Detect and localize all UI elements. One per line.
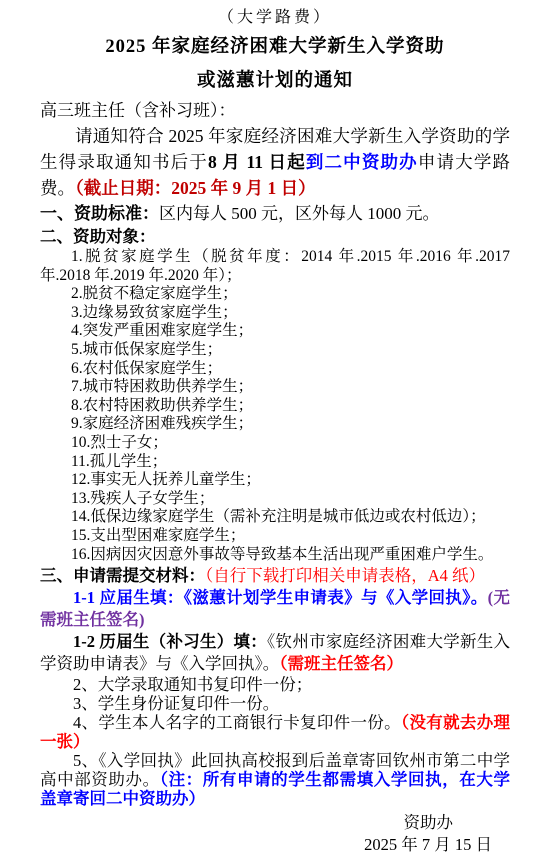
section3-heading: 三、申请需提交材料： [40, 566, 205, 585]
signer-line: 资助办 [40, 812, 510, 834]
greeting-line: 高三班主任（含补习班）： [40, 98, 510, 123]
section3-heading-note: （自行下载打印相关申请表格，A4 纸） [205, 566, 485, 585]
item-4-text: 4、学生本人名字的工商银行卡复印件一份。 [73, 713, 401, 732]
recipient-item-16: 16.因病因灾因意外事故等导致基本生活出现严重困难户学生。 [40, 546, 510, 565]
notice-title-line2: 或滋蕙计划的通知 [40, 64, 510, 98]
recipient-item-3: 3.边缘易致贫家庭学生； [40, 304, 510, 323]
item-1-2-label: 1-2 历届生（补习生）填： [73, 632, 267, 651]
intro-start-date: 8 月 11 日起 [208, 152, 306, 172]
material-item-5: 5、《入学回执》此回执高校报到后盖章寄回钦州市第二中学高中部资助办。（注：所有申… [40, 751, 510, 808]
recipient-item-10: 10.烈士子女； [40, 434, 510, 453]
recipient-item-4: 4.突发严重困难家庭学生； [40, 322, 510, 341]
recipient-item-11: 11.孤儿学生； [40, 453, 510, 472]
recipient-item-14: 14.低保边缘家庭学生（需补充注明是城市低边或农村低边）； [40, 508, 510, 527]
intro-paragraph: 请通知符合 2025 年家庭经济困难大学新生入学资助的学生得录取通知书后于8 月… [40, 123, 510, 201]
recipient-item-1: 1.脱贫家庭学生（脱贫年度：2014 年.2015 年.2016 年.2017 … [40, 248, 510, 285]
section1-label: 一、资助标准： [40, 204, 159, 223]
intro-deadline: （截止日期：2025 年 9 月 1 日） [75, 178, 316, 198]
notice-title-line1: 2025 年家庭经济困难大学新生入学资助 [40, 30, 510, 64]
material-item-4: 4、学生本人名字的工商银行卡复印件一份。（没有就去办理一张） [40, 713, 510, 751]
material-item-3: 3、学生身份证复印件一份。 [40, 694, 510, 713]
recipient-item-6: 6.农村低保家庭学生； [40, 360, 510, 379]
intro-office-highlight: 到二中资助办 [306, 152, 418, 172]
document-page: （大学路费） 2025 年家庭经济困难大学新生入学资助 或滋蕙计划的通知 高三班… [0, 0, 550, 856]
recipient-item-7: 7.城市特困救助供养学生； [40, 378, 510, 397]
recipient-item-12: 12.事实无人抚养儿童学生； [40, 471, 510, 490]
recipient-item-5: 5.城市低保家庭学生； [40, 341, 510, 360]
item-1-2-note: （需班主任签名） [279, 654, 403, 673]
section1-standard-line: 一、资助标准：区内每人 500 元，区外每人 1000 元。 [40, 201, 510, 226]
recipient-item-15: 15.支出型困难家庭学生； [40, 527, 510, 546]
date-line: 2025 年 7 月 15 日 [40, 834, 510, 856]
item-1-1-main: 1-1 应届生填：《滋蕙计划学生申请表》与《入学回执》。 [73, 588, 488, 607]
section1-text: 区内每人 500 元，区外每人 1000 元。 [159, 204, 440, 223]
recipient-item-13: 13.残疾人子女学生； [40, 490, 510, 509]
recipient-item-8: 8.农村特困救助供养学生； [40, 397, 510, 416]
section2-heading: 二、资助对象： [40, 226, 510, 248]
section3-heading-line: 三、申请需提交材料：（自行下载打印相关申请表格，A4 纸） [40, 564, 510, 587]
route-fee-label: （大学路费） [40, 6, 510, 30]
recipient-item-2: 2.脱贫不稳定家庭学生； [40, 285, 510, 304]
material-item-2: 2、大学录取通知书复印件一份； [40, 675, 510, 694]
material-item-1-2: 1-2 历届生（补习生）填：《钦州市家庭经济困难大学新生入学资助申请表》与《入学… [40, 631, 510, 675]
material-item-1-1: 1-1 应届生填：《滋蕙计划学生申请表》与《入学回执》。(无需班主任签名) [40, 587, 510, 631]
recipient-item-9: 9.家庭经济困难残疾学生； [40, 415, 510, 434]
